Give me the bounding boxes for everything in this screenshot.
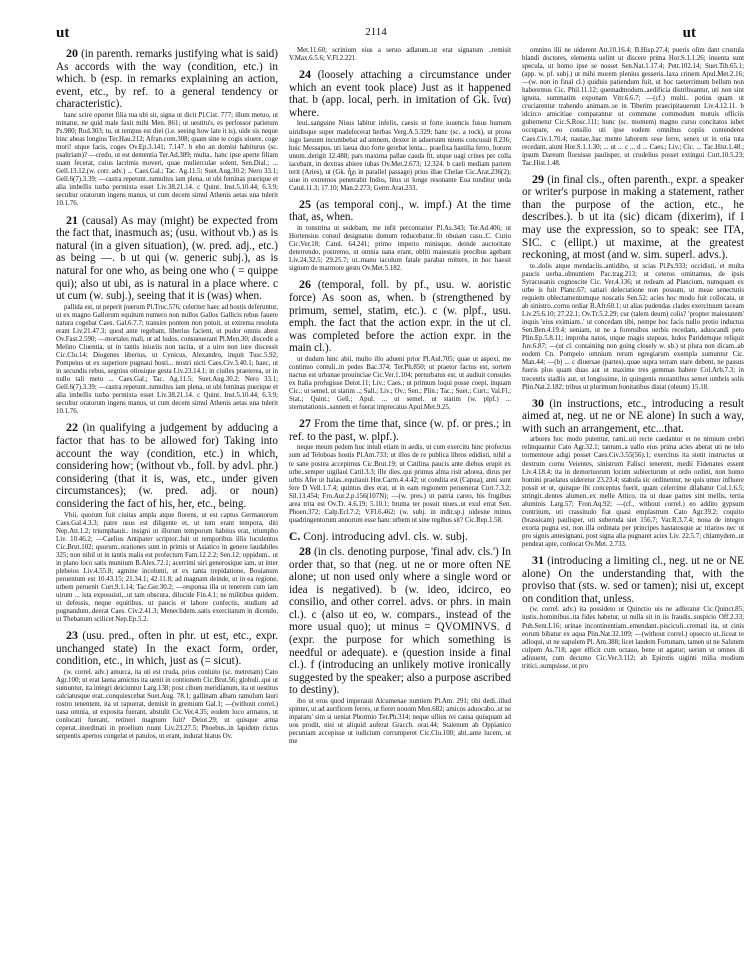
sense-definition: (introducing a limiting cl., neg. ut ne … xyxy=(522,555,744,605)
citations: Met.11.60; scrinium eius a seruo adlatum… xyxy=(289,47,511,63)
sense-definition: (temporal, foll. by pf., usu. w. aoristi… xyxy=(289,279,511,354)
citations: arbores hoc modo putentur, rami..uti rec… xyxy=(522,436,744,549)
citations: (w. correl. adv.) amurca, ita uti est cr… xyxy=(56,669,278,741)
page-header: ut 2114 ut xyxy=(56,25,696,45)
sense-number: 28 xyxy=(299,544,311,558)
sense-25: 25 (as temporal conj., w. impf.) At the … xyxy=(289,198,511,224)
running-headword-right: ut xyxy=(683,25,696,42)
sense-definition: From the time that, since (w. pf. or pre… xyxy=(289,418,511,443)
sense-23: 23 (usu. pred., often in phr. ut est, et… xyxy=(56,629,278,668)
sense-30: 30 (in instructions, etc., introducing a… xyxy=(522,397,744,436)
sense-definition: (in instructions, etc., introducing a re… xyxy=(522,398,744,435)
section-label: C. xyxy=(289,530,300,543)
sense-24: 24 (loosely attaching a circumstance und… xyxy=(289,68,511,119)
sense-26: 26 (temporal, foll. by pf., usu. w. aori… xyxy=(289,278,511,355)
sense-number: 21 xyxy=(66,213,78,227)
text-column-3: omnino illi ne uiderent Att.10.16.4; B.H… xyxy=(522,47,744,676)
sense-definition: (in final cls., often parenth., expr. a … xyxy=(522,174,744,262)
sense-number: 31 xyxy=(532,553,544,567)
citations: omnino illi ne uiderent Att.10.16.4; B.H… xyxy=(522,47,744,168)
page-number: 2114 xyxy=(56,26,696,38)
sense-definition: (loosely attaching a circumstance under … xyxy=(289,69,511,119)
section-title: Conj. introducing advl. cls. w. subj. xyxy=(303,530,468,543)
sense-definition: (in cls. denoting purpose, 'final adv. c… xyxy=(289,546,511,697)
citations: ibo ut erus quod imperauit Alcumenae nun… xyxy=(289,698,511,746)
sense-number: 23 xyxy=(66,628,78,642)
sense-definition: (usu. pred., often in phr. ut est, etc.,… xyxy=(56,630,278,667)
citations: pallida est, ut peperit puerum Pl.Truc.5… xyxy=(56,304,278,417)
sense-22: 22 (in qualifying a judgement by adducin… xyxy=(56,421,278,510)
sense-number: 26 xyxy=(299,277,311,291)
citations: leui..sanguine Nisus labitur infelix, ca… xyxy=(289,120,511,192)
sense-number: 30 xyxy=(532,396,544,410)
citations: (w. correl. adv.) ita possideto ut Quinc… xyxy=(522,606,744,670)
sense-number: 25 xyxy=(299,197,311,211)
sense-29: 29 (in final cls., often parenth., expr.… xyxy=(522,173,744,262)
sense-21: 21 (causal) As may (might) be expected f… xyxy=(56,214,278,303)
citations: Vbii, quorum fuit ciuitas ampla atque fl… xyxy=(56,512,278,625)
sense-definition: (in parenth. remarks justifying what is … xyxy=(56,48,278,110)
sense-number: 20 xyxy=(66,46,78,60)
citations: in tonstrina ut sedebam, me infit percon… xyxy=(289,225,511,273)
sense-27: 27 From the time that, since (w. pf. or … xyxy=(289,417,511,443)
citations: te..dolis atque mendaciis..antidibo, ut … xyxy=(522,263,744,392)
sense-20: 20 (in parenth. remarks justifying what … xyxy=(56,47,278,111)
citations: neque meum pedem huc intuli etiam in aed… xyxy=(289,444,511,524)
sense-number: 27 xyxy=(299,416,311,430)
text-column-2: Met.11.60; scrinium eius a seruo adlatum… xyxy=(289,47,511,751)
citations: ut dudum hinc abii, multo illo adueni pr… xyxy=(289,356,511,412)
section-heading-c: C. Conj. introducing advl. cls. w. subj. xyxy=(289,530,511,543)
sense-definition: (in qualifying a judgement by adducing a… xyxy=(56,422,278,510)
citations: hanc scire oportet filia tua ubi sit, si… xyxy=(56,112,278,209)
sense-number: 22 xyxy=(66,420,78,434)
sense-28: 28 (in cls. denoting purpose, 'final adv… xyxy=(289,545,511,697)
text-column-1: 20 (in parenth. remarks justifying what … xyxy=(56,47,278,746)
sense-number: 24 xyxy=(299,67,311,81)
sense-31: 31 (introducing a limiting cl., neg. ut … xyxy=(522,554,744,605)
sense-definition: (causal) As may (might) be expected from… xyxy=(56,215,278,303)
sense-definition: (as temporal conj., w. impf.) At the tim… xyxy=(289,199,511,224)
sense-number: 29 xyxy=(532,172,544,186)
